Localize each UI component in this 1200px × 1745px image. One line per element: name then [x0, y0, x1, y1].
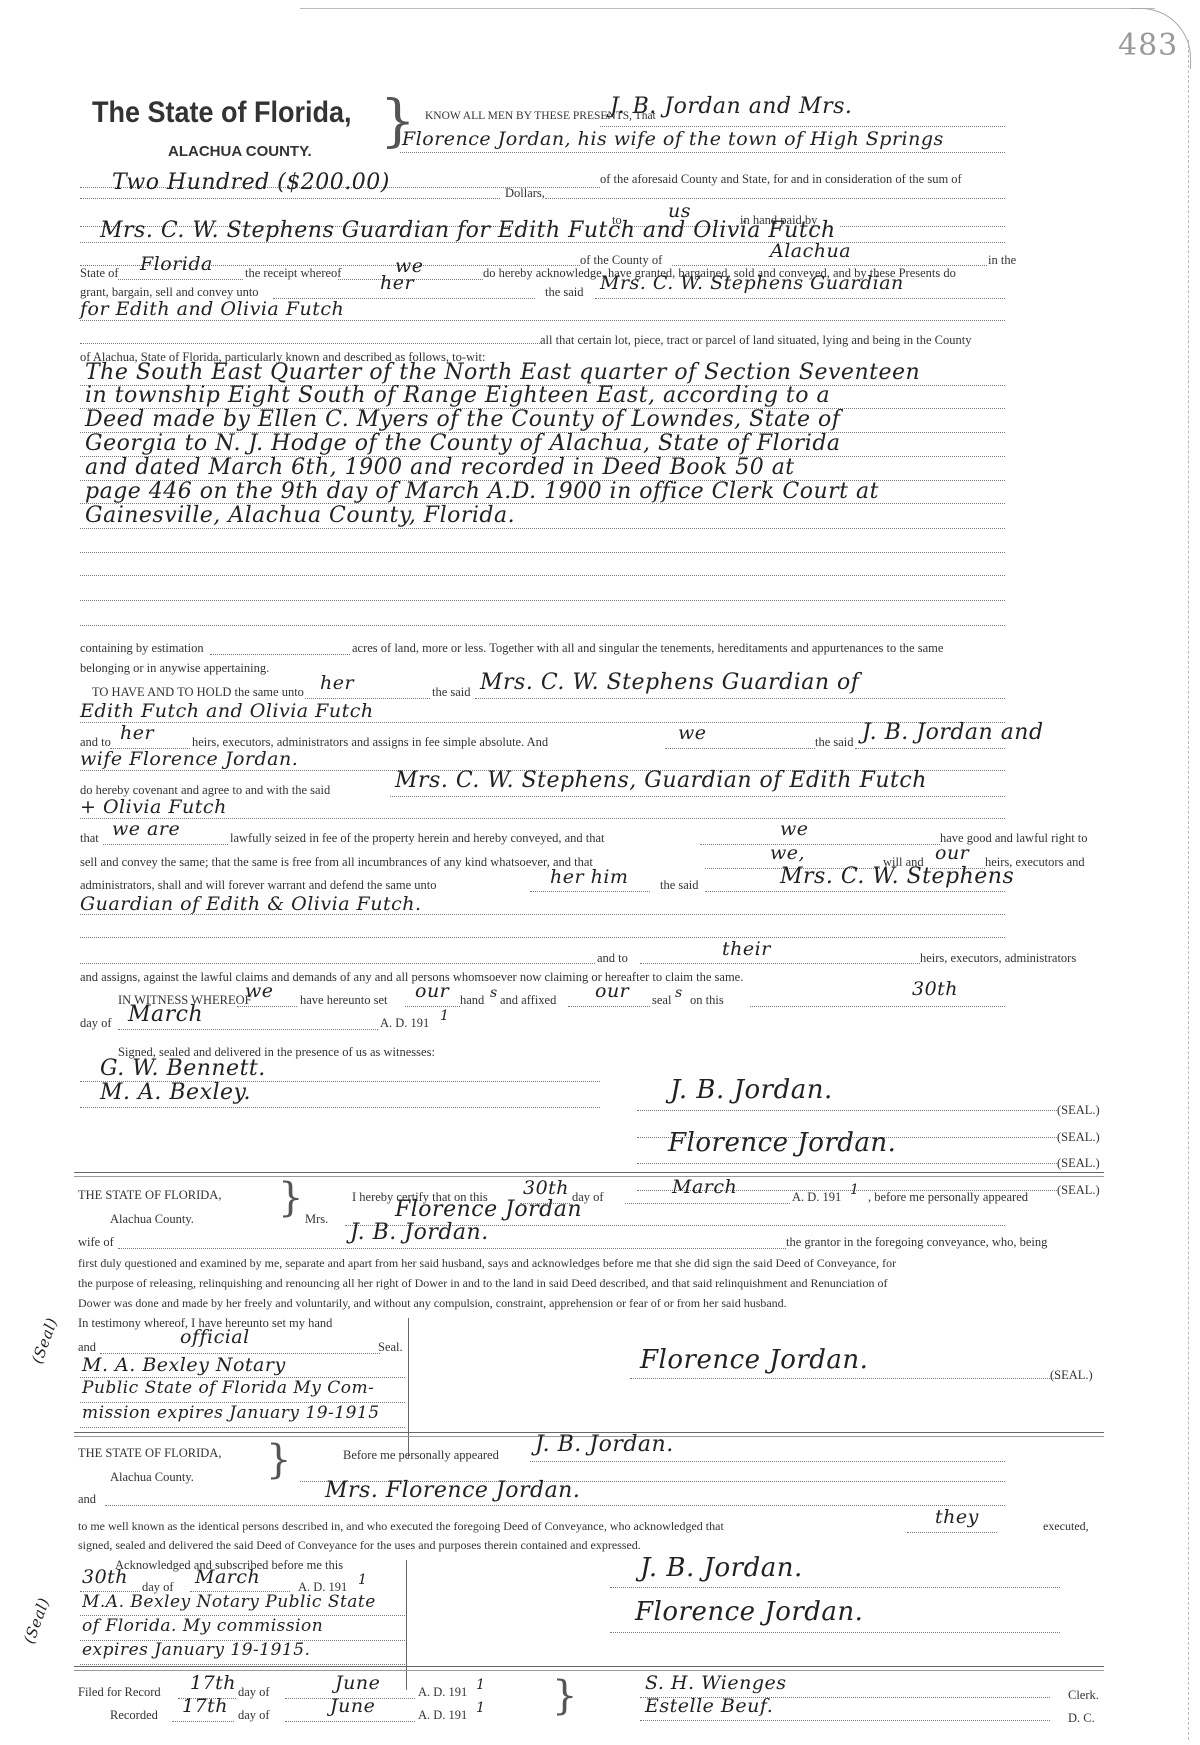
cert2-notary-line: expires January 19-1915. [82, 1640, 310, 1660]
state-value: Florida [140, 253, 213, 275]
payer-handwritten: Mrs. C. W. Stephens Guardian for Edith F… [100, 218, 836, 243]
description-line: Georgia to N. J. Hodge of the County of … [85, 431, 841, 456]
cert2-notary-line: M.A. Bexley Notary Public State [82, 1592, 376, 1612]
line [545, 198, 1005, 199]
heirs-exec2: heirs, executors, administrators [920, 951, 1076, 966]
line [80, 575, 1005, 576]
seal-text: (SEAL.) [1057, 1103, 1100, 1118]
line [285, 1721, 415, 1722]
recorded-day: 17th [182, 1695, 228, 1717]
admin-text: administrators, shall and will forever w… [80, 878, 436, 893]
to-have-label: TO HAVE AND TO HOLD the same unto [92, 685, 304, 700]
notary-box-border [408, 1318, 409, 1458]
line [80, 1427, 405, 1428]
line [568, 1006, 650, 1007]
to-have-said: the said [432, 685, 471, 700]
ad-label: A. D. 191 [380, 1016, 429, 1031]
cert1-notary-line: mission expires January 19-1915 [82, 1403, 380, 1423]
state-of-label: State of [80, 266, 119, 281]
state-title: The State of Florida, [92, 96, 352, 130]
seal-text: (SEAL.) [1057, 1183, 1100, 1198]
cert1-notary-line: M. A. Bexley Notary [82, 1354, 286, 1376]
dc-signature: Estelle Beuf. [645, 1695, 773, 1717]
grantee-value: Mrs. C. W. Stephens Guardian [600, 272, 904, 294]
description-line: page 446 on the 9th day of March A.D. 19… [85, 479, 879, 504]
filed-month: June [335, 1672, 380, 1694]
affixed-label: and affixed [500, 993, 556, 1008]
description-line: in township Eight South of Range Eightee… [85, 383, 830, 408]
brace-icon: } [266, 1440, 291, 1480]
county-value: Alachua [770, 240, 851, 262]
month-value: March [128, 1002, 203, 1027]
description-line: The South East Quarter of the North East… [85, 360, 920, 385]
cert1-appeared: , before me personally appeared [868, 1190, 1028, 1205]
witness-signature: G. W. Bennett. [100, 1056, 266, 1081]
cert2-day: 30th [82, 1566, 128, 1588]
year-suffix: 1 [440, 1008, 449, 1024]
line [610, 1632, 1060, 1633]
cert1-seal-label: Seal. [378, 1340, 403, 1355]
recorded-ad: A. D. 191 [418, 1708, 467, 1723]
grantors-handwritten: J. B. Jordan and Mrs. [610, 94, 852, 119]
line [637, 1110, 1057, 1111]
that-value: we are [112, 818, 180, 840]
cert1-mrs-label: Mrs. [305, 1212, 328, 1227]
line [640, 1720, 1050, 1721]
cert2-and-label: and [78, 1492, 96, 1507]
grantee-line2: for Edith and Olivia Futch [80, 298, 344, 320]
cert1-day: 30th [523, 1177, 569, 1199]
filed-ad: A. D. 191 [418, 1685, 467, 1700]
line [80, 600, 1005, 601]
grantor-signature: J. B. Jordan. [670, 1075, 833, 1105]
cert1-grantor-text: the grantor in the foregoing conveyance,… [786, 1235, 1047, 1250]
and-to2: and to [597, 951, 628, 966]
aforesaid-text: of the aforesaid County and State, for a… [600, 172, 962, 187]
seal-text: (SEAL.) [1057, 1130, 1100, 1145]
line [750, 1006, 1005, 1007]
recorded-month: June [330, 1695, 375, 1717]
line [80, 937, 1005, 938]
line [840, 226, 1005, 227]
recorded-day-of: day of [238, 1708, 270, 1723]
line [530, 891, 650, 892]
line [475, 698, 1005, 699]
clerk-signature: S. H. Wienges [645, 1672, 786, 1694]
recorded-label: Recorded [110, 1708, 158, 1723]
cert2-county: Alachua County. [110, 1470, 194, 1485]
line [400, 152, 1005, 153]
hand-suffix: s [490, 985, 498, 1001]
covenant-value2: + Olivia Futch [80, 796, 227, 818]
line [210, 654, 350, 655]
cert1-wife-of-value: J. B. Jordan. [350, 1220, 489, 1245]
line [80, 552, 1005, 553]
filed-day-of: day of [238, 1685, 270, 1700]
in-the-label: in the [988, 253, 1016, 268]
cert1-month: March [672, 1176, 737, 1198]
seal-label: seal [652, 993, 671, 1008]
page-top-border [300, 8, 1155, 9]
cert1-wife-of: wife of [78, 1235, 114, 1250]
and-to-value: her [120, 722, 154, 744]
belonging-text: belonging or in anywise appertaining. [80, 661, 269, 676]
lawfully-text: lawfully seized in fee of the property h… [230, 831, 605, 846]
line [630, 1378, 1060, 1379]
cert2-person2: Mrs. Florence Jordan. [325, 1478, 580, 1503]
line [80, 1107, 600, 1108]
cert2-state: THE STATE OF FLORIDA, [78, 1446, 221, 1461]
all-that-text: all that certain lot, piece, tract or pa… [540, 333, 971, 348]
cert1-year-suffix: 1 [850, 1182, 859, 1198]
line [80, 528, 1005, 529]
admin-grantee: Mrs. C. W. Stephens [780, 864, 1014, 889]
cert2-month: March [195, 1566, 260, 1588]
cert2-before-text: Before me personally appeared [343, 1448, 499, 1463]
cert2-executed: executed, [1043, 1519, 1089, 1534]
cert2-known-text: to me well known as the identical person… [78, 1519, 724, 1534]
description-line: and dated March 6th, 1900 and recorded i… [85, 455, 795, 480]
cert1-body-line: Dower was done and made by her freely an… [78, 1296, 787, 1311]
on-this-label: on this [690, 993, 724, 1008]
cert1-notary-line: Public State of Florida My Com- [82, 1378, 374, 1398]
cert1-notary-margin: (Seal) [28, 1315, 61, 1366]
line [80, 198, 500, 199]
to-have-value: her [320, 672, 354, 694]
brace-icon: } [552, 1676, 577, 1716]
witness-signature: M. A. Bexley. [100, 1080, 251, 1105]
line [907, 1532, 997, 1533]
to-have-grantee2: Edith Futch and Olivia Futch [80, 700, 374, 722]
and-to2-value: their [722, 938, 771, 960]
cert1-and-label: and [78, 1340, 96, 1355]
cert2-notary-line: of Florida. My commission [82, 1616, 323, 1636]
to-have-grantee: Mrs. C. W. Stephens Guardian of [480, 670, 859, 695]
the-said-label: the said [545, 285, 584, 300]
lawfully-value: we [780, 818, 809, 840]
seal-text: (SEAL.) [1057, 1156, 1100, 1171]
cert1-ad: A. D. 191 [792, 1190, 841, 1205]
page-number: 483 [1118, 28, 1178, 63]
and-value: we [678, 722, 707, 744]
line [305, 698, 430, 699]
seal-text: (SEAL.) [1050, 1368, 1093, 1383]
cert1-county: Alachua County. [110, 1212, 194, 1227]
receipt-label: the receipt whereof [245, 266, 341, 281]
line [80, 914, 1005, 915]
day-value: 30th [912, 978, 958, 1000]
line [80, 343, 540, 344]
will-value: our [935, 842, 969, 864]
line [405, 1006, 460, 1007]
covenant-value: Mrs. C. W. Stephens, Guardian of Edith F… [395, 768, 927, 793]
hereunto-set: have hereunto set [300, 993, 387, 1008]
cert2-they: they [935, 1506, 979, 1528]
description-line: Gainesville, Alachua County, Florida. [85, 503, 515, 528]
sell-text: sell and convey the same; that the same … [80, 855, 593, 870]
line [103, 844, 228, 845]
line [625, 1203, 790, 1204]
section-divider [74, 1666, 1104, 1671]
cert1-official: official [180, 1326, 250, 1348]
cert1-signature: Florence Jordan. [640, 1345, 868, 1375]
admin-value: her him [550, 866, 628, 888]
cert2-signature: J. B. Jordan. [640, 1553, 803, 1583]
grantors-handwritten-2: Florence Jordan, his wife of the town of… [402, 128, 944, 150]
admin-grantee2: Guardian of Edith & Olivia Futch. [80, 893, 422, 915]
line [855, 748, 1005, 749]
seal-suffix: s [675, 985, 683, 1001]
line [80, 818, 1005, 819]
line [600, 126, 1005, 127]
dc-label: D. C. [1068, 1711, 1095, 1726]
line [390, 796, 1005, 797]
cert2-person1: J. B. Jordan. [535, 1432, 674, 1457]
cert2-signature: Florence Jordan. [635, 1597, 863, 1627]
line [595, 298, 1005, 299]
cert1-state: THE STATE OF FLORIDA, [78, 1188, 221, 1203]
line [118, 1248, 786, 1249]
line [172, 1721, 234, 1722]
cert1-body-line: the purpose of releasing, relinquishing … [78, 1276, 887, 1291]
grant-to-value: her [380, 272, 414, 294]
cert1-body-line: first duly questioned and examined by me… [78, 1256, 896, 1271]
page-right-border [1188, 40, 1190, 1740]
witness-value: we [245, 980, 274, 1002]
line [80, 242, 1005, 243]
line [237, 1006, 297, 1007]
county-title: ALACHUA COUNTY. [168, 143, 312, 160]
amount-handwritten: Two Hundred ($200.00) [112, 170, 390, 195]
recorded-year-suffix: 1 [476, 1700, 485, 1716]
line [610, 1587, 1060, 1588]
line [80, 1664, 405, 1665]
line [105, 1505, 1005, 1506]
that-label: that [80, 831, 99, 846]
grantor-said: J. B. Jordan and [862, 720, 1044, 745]
sell-value: we, [770, 842, 805, 864]
brace-icon: } [278, 1178, 303, 1218]
filed-day: 17th [190, 1672, 236, 1694]
cert1-mrs-value: Florence Jordan [395, 1197, 582, 1222]
assigns-text: and assigns, against the lawful claims a… [80, 970, 743, 985]
line [118, 1029, 378, 1030]
line [118, 279, 243, 280]
grantor-said2: wife Florence Jordan. [80, 748, 298, 770]
dollars-label: Dollars, [505, 186, 545, 201]
hand-label: hand [460, 993, 484, 1008]
affixed-value: our [595, 980, 629, 1002]
line [640, 963, 920, 964]
line [80, 320, 1005, 321]
filed-label: Filed for Record [78, 1685, 161, 1700]
line [530, 1461, 1005, 1462]
grantor-signature: Florence Jordan. [668, 1128, 896, 1158]
line [665, 748, 815, 749]
the-said2: the said [815, 735, 854, 750]
acres-text: acres of land, more or less. Together wi… [352, 641, 943, 656]
cert2-year-suffix: 1 [358, 1572, 367, 1588]
line [80, 625, 1005, 626]
description-line: Deed made by Ellen C. Myers of the Count… [85, 407, 840, 432]
section-divider [74, 1172, 1104, 1177]
line [80, 963, 595, 964]
clerk-label: Clerk. [1068, 1688, 1099, 1703]
day-of-label: day of [80, 1016, 112, 1031]
line [637, 1163, 1057, 1164]
cert2-notary-margin: (Seal) [20, 1595, 53, 1646]
cert2-signed-text: signed, sealed and delivered the said De… [78, 1538, 641, 1553]
admin-said: the said [660, 878, 699, 893]
set-value: our [415, 980, 449, 1002]
deed-page: 483 The State of Florida, ALACHUA COUNTY… [0, 0, 1200, 1745]
line [700, 844, 940, 845]
filed-year-suffix: 1 [476, 1677, 485, 1693]
line [705, 891, 1005, 892]
containing-label: containing by estimation [80, 641, 204, 656]
